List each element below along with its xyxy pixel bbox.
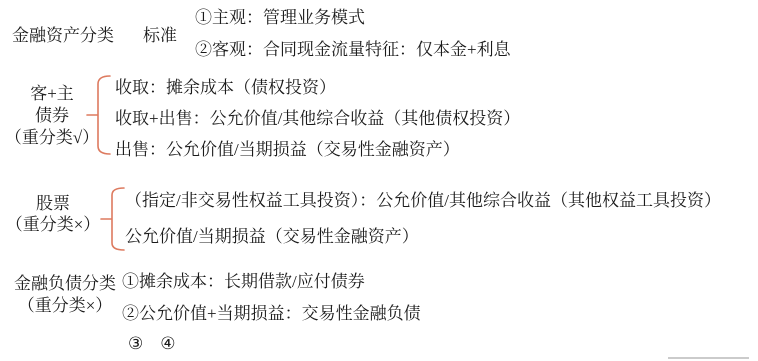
stocks-curly-brace-icon — [100, 186, 126, 252]
liabilities-item-placeholders: ③ ④ — [128, 333, 175, 355]
stocks-item-designated: （指定/非交易性权益工具投资）：公允价值/其他综合收益（其他权益工具投资） — [125, 190, 721, 212]
stocks-label-line1: 股票 — [0, 193, 106, 214]
stocks-label: 股票 （重分类×） — [0, 193, 106, 235]
liabilities-item-fvtpl: ②公允价值+当期损益：交易性金融负债 — [122, 303, 421, 325]
bonds-curly-brace-icon — [86, 74, 112, 156]
liabilities-title: 金融负债分类 — [8, 273, 122, 295]
financial-assets-title: 金融资产分类 — [12, 25, 114, 47]
liabilities-subtitle: （重分类×） — [8, 295, 122, 317]
liabilities-item-amortized-cost: ①摊余成本：长期借款/应付债券 — [122, 271, 365, 293]
stocks-label-line2: （重分类×） — [0, 214, 106, 235]
study-notes-page: 金融资产分类 标准 ①主观：管理业务模式 ②客观：合同现金流量特征：仅本金+利息… — [0, 0, 758, 361]
bonds-item-collect: 收取：摊余成本（债权投资） — [115, 77, 336, 99]
bonds-item-collect-and-sell: 收取+出售：公允价值/其他综合收益（其他债权投资） — [115, 108, 520, 130]
divider-line — [668, 357, 749, 359]
liabilities-label: 金融负债分类 （重分类×） — [8, 273, 122, 317]
criteria-item-objective: ②客观：合同现金流量特征：仅本金+利息 — [195, 39, 511, 61]
bonds-item-sell: 出售：公允价值/当期损益（交易性金融资产） — [115, 139, 460, 161]
stocks-item-fvtpl: 公允价值/当期损益（交易性金融资产） — [125, 226, 419, 248]
criteria-label: 标准 — [143, 25, 177, 47]
criteria-item-subjective: ①主观：管理业务模式 — [195, 7, 365, 29]
